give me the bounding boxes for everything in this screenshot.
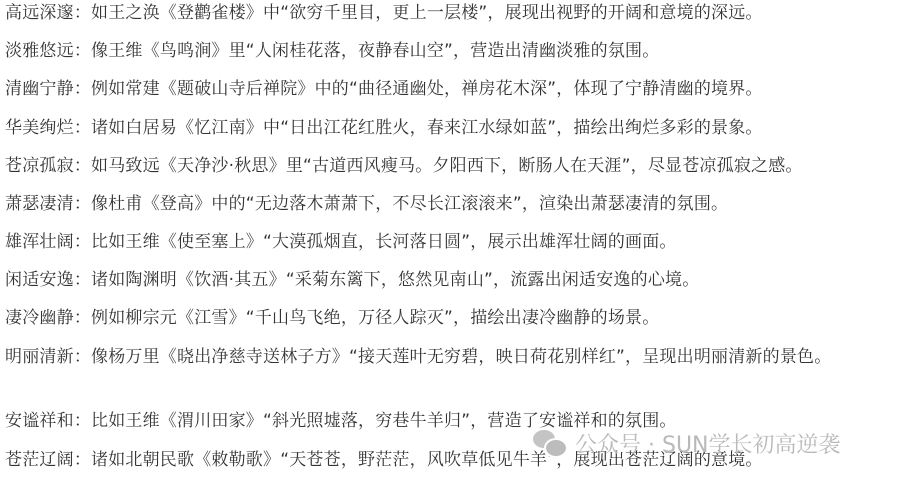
term: 闲适安逸 (5, 270, 74, 290)
description: ：诸如白居易《忆江南》中“日出江花红胜火，春来江水绿如蓝”，描绘出绚烂多彩的景象… (74, 118, 763, 138)
paragraph-7: 雄浑壮阔：比如王维《使至塞上》“大漠孤烟直，长河落日圆”，展示出雄浑壮阔的画面。 (5, 229, 677, 255)
paragraph-9: 凄冷幽静：例如柳宗元《江雪》“千山鸟飞绝，万径人踪灭”，描绘出凄冷幽静的场景。 (5, 305, 659, 331)
term: 萧瑟凄清 (5, 194, 74, 214)
description: ：像杜甫《登高》中的“无边落木萧萧下，不尽长江滚滚来”，渲染出萧瑟凄清的氛围。 (74, 194, 728, 214)
paragraph-8: 闲适安逸：诸如陶渊明《饮酒·其五》“采菊东篱下，悠然见南山”，流露出闲适安逸的心… (5, 267, 699, 293)
term: 雄浑壮阔 (5, 232, 74, 252)
paragraph-6: 萧瑟凄清：像杜甫《登高》中的“无边落木萧萧下，不尽长江滚滚来”，渲染出萧瑟凄清的… (5, 191, 728, 217)
paragraph-12: 苍茫辽阔：诸如北朝民歌《敕勒歌》“天苍苍，野茫茫，风吹草低见牛羊”，展现出苍茫辽… (5, 447, 763, 473)
paragraph-1: 高远深邃：如王之涣《登鹳雀楼》中“欲穷千里目，更上一层楼”，展现出视野的开阔和意… (5, 0, 763, 26)
paragraph-2: 淡雅悠远：像王维《鸟鸣涧》里“人闲桂花落，夜静春山空”，营造出清幽淡雅的氛围。 (5, 38, 659, 64)
term: 华美绚烂 (5, 118, 74, 138)
description: ：例如柳宗元《江雪》“千山鸟飞绝，万径人踪灭”，描绘出凄冷幽静的场景。 (74, 308, 660, 328)
paragraph-10: 明丽清新：像杨万里《晓出净慈寺送林子方》“接天莲叶无穷碧，映日荷花别样红”，呈现… (5, 344, 900, 370)
description: ：例如常建《题破山寺后禅院》中的“曲径通幽处，禅房花木深”，体现了宁静清幽的境界… (74, 79, 763, 99)
description: ：诸如北朝民歌《敕勒歌》“天苍苍，野茫茫，风吹草低见牛羊”，展现出苍茫辽阔的意境… (74, 450, 763, 470)
term: 淡雅悠远 (5, 41, 74, 61)
description: ：像杨万里《晓出净慈寺送林子方》“接天莲叶无穷碧，映日荷花别样红”，呈现出明丽清… (74, 347, 832, 367)
description: ：如王之涣《登鹳雀楼》中“欲穷千里目，更上一层楼”，展现出视野的开阔和意境的深远… (74, 3, 763, 23)
description: ：如马致远《天净沙·秋思》里“古道西风瘦马。夕阳西下，断肠人在天涯”，尽显苍凉孤… (74, 156, 803, 176)
term: 凄冷幽静 (5, 308, 74, 328)
term: 高远深邃 (5, 3, 74, 23)
term: 苍凉孤寂 (5, 156, 74, 176)
term: 明丽清新 (5, 347, 74, 367)
description: ：像王维《鸟鸣涧》里“人闲桂花落，夜静春山空”，营造出清幽淡雅的氛围。 (74, 41, 660, 61)
paragraph-3: 清幽宁静：例如常建《题破山寺后禅院》中的“曲径通幽处，禅房花木深”，体现了宁静清… (5, 76, 763, 102)
paragraph-5: 苍凉孤寂：如马致远《天净沙·秋思》里“古道西风瘦马。夕阳西下，断肠人在天涯”，尽… (5, 153, 803, 179)
description: ：比如王维《渭川田家》“斜光照墟落，穷巷牛羊归”，营造了安谧祥和的氛围。 (74, 411, 677, 431)
term: 清幽宁静 (5, 79, 74, 99)
term: 安谧祥和 (5, 411, 74, 431)
paragraph-11: 安谧祥和：比如王维《渭川田家》“斜光照墟落，穷巷牛羊归”，营造了安谧祥和的氛围。 (5, 408, 677, 434)
description: ：比如王维《使至塞上》“大漠孤烟直，长河落日圆”，展示出雄浑壮阔的画面。 (74, 232, 677, 252)
term: 苍茫辽阔 (5, 450, 74, 470)
paragraph-4: 华美绚烂：诸如白居易《忆江南》中“日出江花红胜火，春来江水绿如蓝”，描绘出绚烂多… (5, 115, 763, 141)
description: ：诸如陶渊明《饮酒·其五》“采菊东篱下，悠然见南山”，流露出闲适安逸的心境。 (74, 270, 700, 290)
